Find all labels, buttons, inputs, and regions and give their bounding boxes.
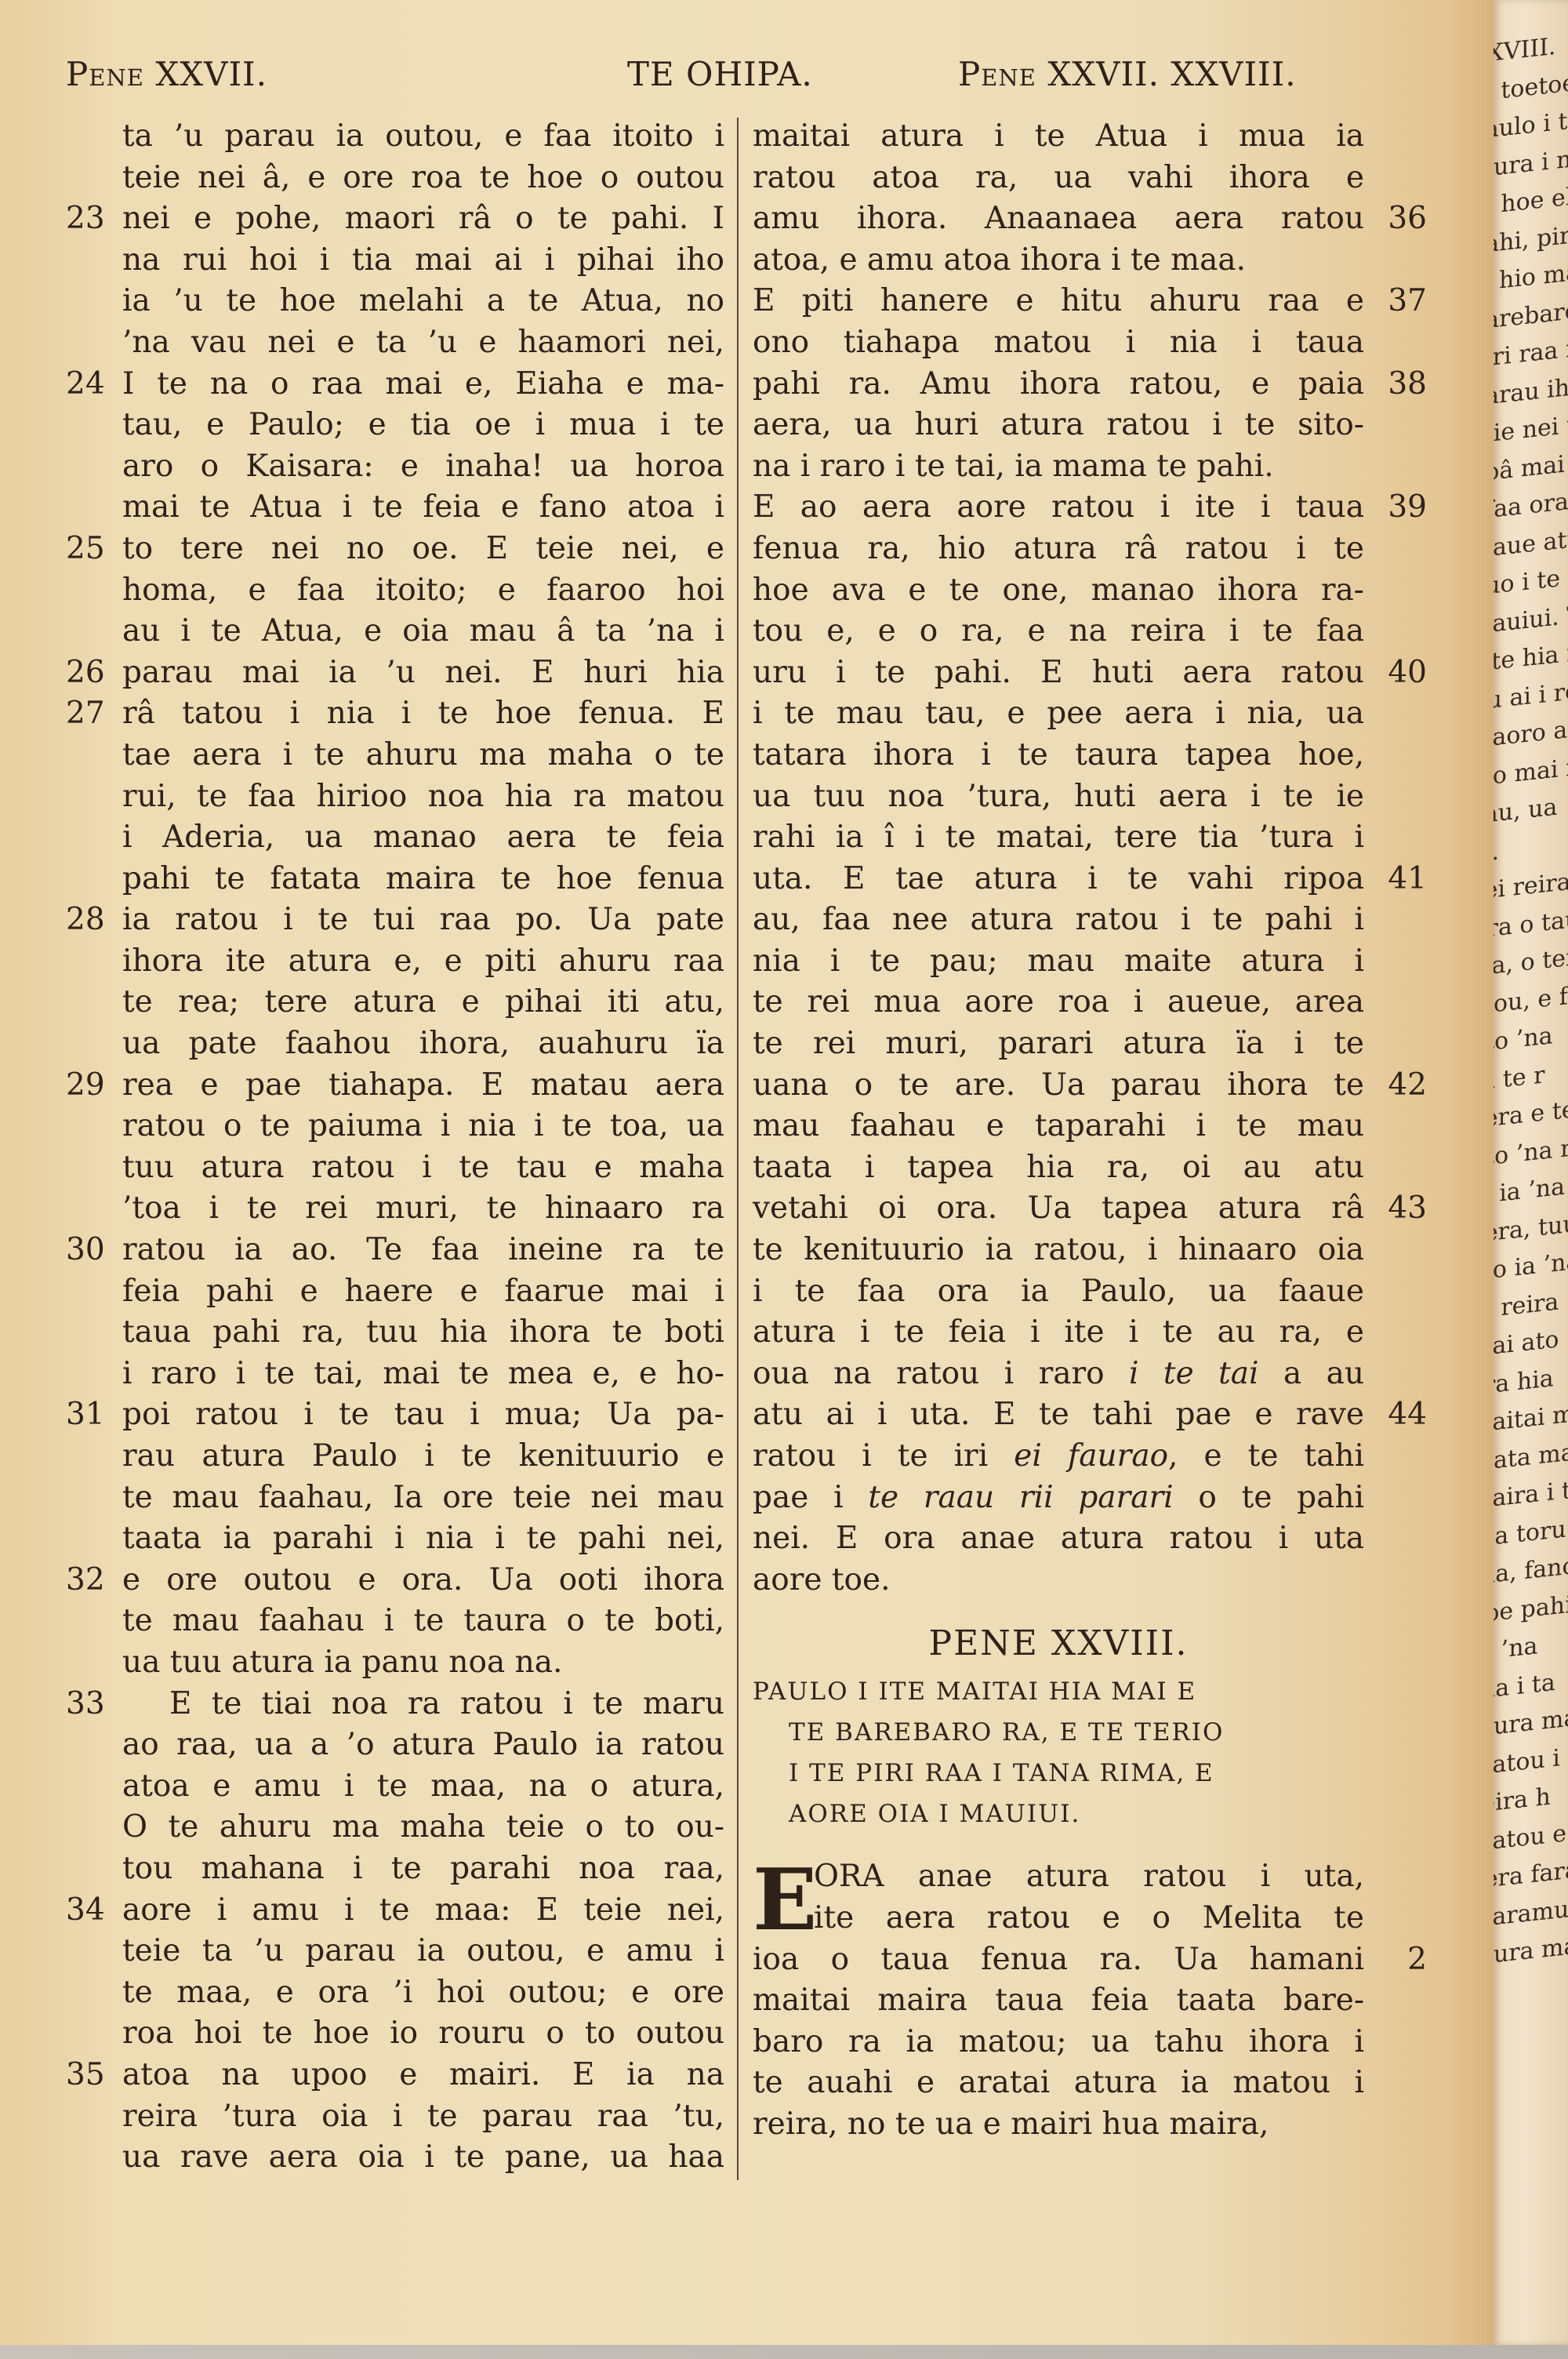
- verse-number: 42: [1388, 1065, 1427, 1107]
- line-text-run: au, faa nee atura ratou i te pahi i: [753, 902, 1364, 937]
- facing-page-edge: XXVIII.te toetoe.Paulo i te hoatura i ni…: [1494, 0, 1568, 2345]
- text-line: uru i te pahi. E huti aera ratou40: [753, 652, 1411, 694]
- summary-line: I TE PIRI RAA I TANA RIMA, E: [753, 1753, 1364, 1794]
- verse-number: 44: [1388, 1394, 1427, 1436]
- table-surface: [0, 2345, 1568, 2359]
- line-text-run: rea e pae tiahapa. E matau aera: [122, 1067, 724, 1103]
- text-line: te rei mua aore roa i aueue, area: [753, 982, 1411, 1023]
- line-text-run: na rui hoi i tia mai ai i pihai iho: [122, 242, 724, 278]
- line-text-run: tuu atura ratou i te tau e maha: [122, 1150, 724, 1185]
- text-line: roa hoi te hoe io rouru o to outou: [66, 2013, 724, 2055]
- line-text-run: ’na vau nei e ta ’u e haamori nei,: [122, 325, 724, 360]
- line-text-run: i te mau tau, e pee aera i nia, ua: [753, 696, 1364, 731]
- text-line: na i raro i te tai, ia mama te pahi.: [753, 446, 1411, 488]
- line-text-run: ao raa, ua a ’o atura Paulo ia ratou: [122, 1727, 724, 1762]
- line-text-run: ORA anae atura ratou i uta,: [814, 1859, 1364, 1894]
- line-text: teie nei â, e ore roa te hoe o outou: [122, 158, 724, 199]
- line-text-run: te maa, e ora ’i hoi outou; e ore: [122, 1975, 724, 2010]
- line-text: atu ai i uta. E te tahi pae e rave: [753, 1394, 1364, 1436]
- verse-number: 40: [1388, 652, 1427, 694]
- line-text: aro o Kaisara: e inaha! ua horoa: [122, 446, 724, 488]
- line-text: homa, e faa itoito; e faaroo hoi: [122, 570, 724, 612]
- verse-number: 23: [66, 198, 114, 240]
- line-text: te kenituurio ia ratou, i hinaaro oia: [753, 1230, 1364, 1271]
- line-text: ia ratou i te tui raa po. Ua pate: [122, 900, 724, 941]
- line-text-run: reira, no te ua e mairi hua maira,: [753, 2106, 1269, 2142]
- line-text-run: amu ihora. Anaanaea aera ratou: [753, 201, 1364, 236]
- line-text-run: O te ahuru ma maha teie o to ou-: [122, 1809, 724, 1845]
- line-text: parau mai ia ’u nei. E huri hia: [122, 652, 724, 694]
- line-text-run: feia pahi e haere e faarue mai i: [122, 1274, 724, 1309]
- text-line: tau, e Paulo; e tia oe i mua i te: [66, 405, 724, 446]
- text-line: 29rea e pae tiahapa. E matau aera: [66, 1065, 724, 1107]
- line-text: te maa, e ora ’i hoi outou; e ore: [122, 1972, 724, 2014]
- line-text: te mau faahau i te taura o te boti,: [122, 1601, 724, 1642]
- text-line: ono tiahapa matou i nia i taua: [753, 322, 1411, 364]
- line-text-run: i Aderia, ua manao aera te feia: [122, 820, 724, 855]
- text-line: tou e, e o ra, e na reira i te faa: [753, 611, 1411, 652]
- verse-number: 39: [1388, 487, 1427, 529]
- text-line: na rui hoi i tia mai ai i pihai iho: [66, 240, 724, 282]
- text-line: i raro i te tai, mai te mea e, e ho-: [66, 1354, 724, 1395]
- verse-number: 41: [1388, 859, 1427, 900]
- book-page: Pene XXVII. TE OHIPA. Pene XXVII. XXVIII…: [0, 0, 1494, 2345]
- line-text: maitai maira taua feia taata bare-: [753, 1980, 1364, 2022]
- line-text-run: te rea; tere atura e pihai iti atu,: [122, 984, 724, 1020]
- line-text-run: reira ’tura oia i te parau raa ’tu,: [122, 2099, 724, 2134]
- line-text: i te faa ora ia Paulo, ua faaue: [753, 1271, 1364, 1313]
- line-text-run: tou e, e o ra, e na reira i te faa: [753, 613, 1364, 649]
- line-text-run: te auahi e aratai atura ia matou i: [753, 2065, 1364, 2100]
- line-text-run: ratou ia ao. Te faa ineine ra te: [122, 1232, 724, 1267]
- line-text-run: taua pahi ra, tuu hia ihora te boti: [122, 1314, 724, 1350]
- line-text: ihora ite atura e, e piti ahuru raa: [122, 941, 724, 983]
- line-text-run: ratou i te iri: [753, 1438, 1014, 1474]
- text-line: te mau faahau, Ia ore teie nei mau: [66, 1478, 724, 1519]
- text-line: atura i te feia i ite i te au ra, e: [753, 1312, 1411, 1354]
- verse-number: 29: [66, 1065, 114, 1107]
- line-text-run: ia ratou i te tui raa po. Ua pate: [122, 902, 724, 937]
- line-text: fenua ra, hio atura râ ratou i te: [753, 529, 1364, 570]
- line-text: mau faahau e taparahi i te mau: [753, 1106, 1364, 1147]
- text-line: ’toa i te rei muri, te hinaaro ra: [66, 1188, 724, 1230]
- line-text-run: i te faa ora ia Paulo, ua faaue: [753, 1274, 1364, 1309]
- line-text-run: ia ’u te hoe melahi a te Atua, no: [122, 283, 724, 318]
- verse-number: 25: [66, 529, 114, 570]
- line-text: nei. E ora anae atura ratou i uta: [753, 1518, 1364, 1560]
- line-text-run: tau, e Paulo; e tia oe i mua i te: [122, 407, 724, 442]
- line-text: uru i te pahi. E huti aera ratou: [753, 652, 1364, 694]
- line-text: ao raa, ua a ’o atura Paulo ia ratou: [122, 1725, 724, 1766]
- line-text-run: poi ratou i te tau i mua; Ua pa-: [122, 1397, 724, 1432]
- line-text-run: nei. E ora anae atura ratou i uta: [753, 1521, 1364, 1556]
- text-line: i te mau tau, e pee aera i nia, ua: [753, 693, 1411, 735]
- line-text: roa hoi te hoe io rouru o to outou: [122, 2013, 724, 2055]
- line-text-run: oua na ratou i raro: [753, 1356, 1105, 1391]
- line-text-run: rui, te faa hirioo noa hia ra matou: [122, 779, 724, 814]
- line-text: ua pate faahou ihora, auahuru ïa: [122, 1023, 724, 1065]
- line-text: tae aera i te ahuru ma maha o te: [122, 735, 724, 776]
- column-divider: [737, 118, 739, 2180]
- text-line: pae i te raau rii parari o te pahi: [753, 1478, 1411, 1519]
- text-line: 26parau mai ia ’u nei. E huri hia: [66, 652, 724, 694]
- line-text: te rea; tere atura e pihai iti atu,: [122, 982, 724, 1023]
- line-text-run: homa, e faa itoito; e faaroo hoi: [122, 572, 724, 608]
- text-line: uana o te are. Ua parau ihora te42: [753, 1065, 1411, 1107]
- line-text: reira, no te ua e mairi hua maira,: [753, 2104, 1364, 2146]
- line-text: aera, ua huri atura ratou i te sito-: [753, 405, 1364, 446]
- line-text-run: ua tuu atura ia panu noa na.: [122, 1645, 562, 1680]
- line-text-run: atoa na upoo e mairi. E ia na: [122, 2057, 724, 2092]
- italic-text: ei faurao: [1014, 1438, 1168, 1474]
- line-text-run: te rei muri, parari atura ïa i te: [753, 1026, 1364, 1061]
- text-line: E piti hanere e hitu ahuru raa e37: [753, 281, 1411, 322]
- line-text: hoe ava e te one, manao ihora ra-: [753, 570, 1364, 612]
- text-line: nia i te pau; mau maite atura i: [753, 941, 1411, 983]
- line-text: poi ratou i te tau i mua; Ua pa-: [122, 1394, 724, 1436]
- line-text: pae i te raau rii parari o te pahi: [753, 1478, 1364, 1519]
- line-text-run: E te tiai noa ra ratou i te maru: [169, 1686, 724, 1721]
- text-line: ite aera ratou e o Melita te: [753, 1898, 1411, 1939]
- text-line: te kenituurio ia ratou, i hinaaro oia: [753, 1230, 1411, 1271]
- line-text-run: mai te Atua i te feia e fano atoa i: [122, 489, 724, 525]
- line-text-run: E piti hanere e hitu ahuru raa e: [753, 283, 1364, 318]
- line-text: te rei mua aore roa i aueue, area: [753, 982, 1364, 1023]
- text-line: amu ihora. Anaanaea aera ratou36: [753, 198, 1411, 240]
- line-text-run: aera, ua huri atura ratou i te sito-: [753, 407, 1364, 442]
- text-line: taua pahi ra, tuu hia ihora te boti: [66, 1312, 724, 1354]
- line-text: i Aderia, ua manao aera te feia: [122, 817, 724, 859]
- verse-number: 33: [66, 1684, 114, 1725]
- verse-number: 24: [66, 364, 114, 405]
- line-text: aore toe.: [753, 1560, 1364, 1601]
- line-text: teie ta ’u parau ia outou, e amu i: [122, 1931, 724, 1972]
- text-line: oua na ratou i raro i te tai a au: [753, 1354, 1411, 1395]
- running-head-title: TE OHIPA.: [627, 55, 813, 93]
- line-text: râ tatou i nia i te hoe fenua. E: [122, 693, 724, 735]
- line-text: tou mahana i te parahi noa raa,: [122, 1848, 724, 1890]
- line-text-run: maitai maira taua feia taata bare-: [753, 1983, 1364, 2018]
- facing-page-line: atura matou: [1494, 1928, 1568, 1977]
- text-line: ta ’u parau ia outou, e faa itoito i: [66, 116, 724, 158]
- text-line: i te faa ora ia Paulo, ua faaue: [753, 1271, 1411, 1313]
- text-line: 23nei e pohe, maori râ o te pahi. I: [66, 198, 724, 240]
- text-line: pahi te fatata maira te hoe fenua: [66, 859, 724, 900]
- summary-line: AORE OIA I MAUIUI.: [753, 1794, 1364, 1834]
- line-text: atoa, e amu atoa ihora i te maa.: [753, 240, 1364, 282]
- line-text-run: atura i te feia i ite i te au ra, e: [753, 1314, 1364, 1350]
- text-line: ihora ite atura e, e piti ahuru raa: [66, 941, 724, 983]
- line-text-run: rau atura Paulo i te kenituurio e: [122, 1438, 724, 1474]
- line-text: amu ihora. Anaanaea aera ratou: [753, 198, 1364, 240]
- line-text: rea e pae tiahapa. E matau aera: [122, 1065, 724, 1107]
- verse-number: 35: [66, 2055, 114, 2096]
- line-text: vetahi oi ora. Ua tapea atura râ: [753, 1188, 1364, 1230]
- line-text: E te tiai noa ra ratou i te maru: [122, 1684, 724, 1725]
- text-line: fenua ra, hio atura râ ratou i te: [753, 529, 1411, 570]
- line-text: taata i tapea hia ra, oi au atu: [753, 1147, 1364, 1189]
- line-text: i te mau tau, e pee aera i nia, ua: [753, 693, 1364, 735]
- verse-number: 36: [1388, 198, 1427, 240]
- line-text-run: hoe ava e te one, manao ihora ra-: [753, 572, 1364, 608]
- line-text-run: atoa, e amu atoa ihora i te maa.: [753, 242, 1246, 278]
- line-text-run: uru i te pahi. E huti aera ratou: [753, 655, 1364, 690]
- line-text-run: nia i te pau; mau maite atura i: [753, 943, 1364, 979]
- text-line: ’na vau nei e ta ’u e haamori nei,: [66, 322, 724, 364]
- line-text: atoa na upoo e mairi. E ia na: [122, 2055, 724, 2096]
- line-text-run: roa hoi te hoe io rouru o to outou: [122, 2016, 724, 2051]
- running-head-right: Pene XXVII. XXVIII.: [958, 55, 1297, 93]
- line-text: te rei muri, parari atura ïa i te: [753, 1023, 1364, 1065]
- line-text-run: rahi ia î i te matai, tere tia ’tura i: [753, 820, 1364, 855]
- line-text-run: aro o Kaisara: e inaha! ua horoa: [122, 449, 724, 484]
- line-text-run: ioa o taua fenua ra. Ua hamani: [753, 1942, 1364, 1977]
- line-text: ite aera ratou e o Melita te: [814, 1898, 1364, 1939]
- text-line: aore toe.: [753, 1560, 1411, 1601]
- line-text: atura i te feia i ite i te au ra, e: [753, 1312, 1364, 1354]
- verse-number: 37: [1388, 281, 1427, 322]
- text-line: ratou atoa ra, ua vahi ihora e: [753, 158, 1411, 199]
- line-text: feia pahi e haere e faarue mai i: [122, 1271, 724, 1313]
- text-line: te rei muri, parari atura ïa i te: [753, 1023, 1411, 1065]
- line-text: ta ’u parau ia outou, e faa itoito i: [122, 116, 724, 158]
- line-text-run: pae i: [753, 1480, 868, 1515]
- line-text-run: maitai atura i te Atua i mua ia: [753, 118, 1364, 154]
- line-text: ua rave aera oia i te pane, ua haa: [122, 2137, 724, 2179]
- text-line: tou mahana i te parahi noa raa,: [66, 1848, 724, 1890]
- line-text-run: teie nei â, e ore roa te hoe o outou: [122, 160, 724, 195]
- text-line: 24I te na o raa mai e, Eiaha e ma-: [66, 364, 724, 405]
- text-line: ioa o taua fenua ra. Ua hamani2: [753, 1939, 1411, 1981]
- text-line: teie nei â, e ore roa te hoe o outou: [66, 158, 724, 199]
- running-head: Pene XXVII. TE OHIPA. Pene XXVII. XXVIII…: [66, 55, 1414, 102]
- line-text-run: pahi ra. Amu ihora ratou, e paia: [753, 366, 1364, 402]
- chapter-summary: PAULO I ITE MAITAI HIA MAI ETE BAREBARO …: [753, 1671, 1411, 1834]
- line-text: e ore outou e ora. Ua ooti ihora: [122, 1560, 724, 1601]
- right-column: maitai atura i te Atua i mua iaratou ato…: [753, 116, 1411, 2146]
- line-text-run: te rei mua aore roa i aueue, area: [753, 984, 1364, 1020]
- text-line: 32e ore outou e ora. Ua ooti ihora: [66, 1560, 724, 1601]
- line-text-run: tatara ihora i te taura tapea hoe,: [753, 737, 1364, 772]
- line-text: ua tuu atura ia panu noa na.: [122, 1642, 724, 1684]
- line-text: pahi te fatata maira te hoe fenua: [122, 859, 724, 900]
- text-line: atu ai i uta. E te tahi pae e rave44: [753, 1394, 1411, 1436]
- verse-number: 38: [1388, 364, 1427, 405]
- text-line: i Aderia, ua manao aera te feia: [66, 817, 724, 859]
- text-line: vetahi oi ora. Ua tapea atura râ43: [753, 1188, 1411, 1230]
- line-text: ono tiahapa matou i nia i taua: [753, 322, 1364, 364]
- text-line: 25to tere nei no oe. E teie nei, e: [66, 529, 724, 570]
- text-line: baro ra ia matou; ua tahu ihora i: [753, 2022, 1411, 2063]
- line-text: i raro i te tai, mai te mea e, e ho-: [122, 1354, 724, 1395]
- line-text-run: ua pate faahou ihora, auahuru ïa: [122, 1026, 724, 1061]
- text-line: pahi ra. Amu ihora ratou, e paia38: [753, 364, 1411, 405]
- line-text-run: e ore outou e ora. Ua ooti ihora: [122, 1562, 724, 1598]
- line-text: to tere nei no oe. E teie nei, e: [122, 529, 724, 570]
- text-line: tatara ihora i te taura tapea hoe,: [753, 735, 1411, 776]
- text-line: ua rave aera oia i te pane, ua haa: [66, 2137, 724, 2179]
- line-text-run: uana o te are. Ua parau ihora te: [753, 1067, 1364, 1103]
- line-text-run: aore i amu i te maa: E teie nei,: [122, 1892, 724, 1928]
- line-text: E piti hanere e hitu ahuru raa e: [753, 281, 1364, 322]
- text-line: maitai atura i te Atua i mua ia: [753, 116, 1411, 158]
- text-line: atoa, e amu atoa ihora i te maa.: [753, 240, 1411, 282]
- line-text: taua pahi ra, tuu hia ihora te boti: [122, 1312, 724, 1354]
- line-text: na i raro i te tai, ia mama te pahi.: [753, 446, 1364, 488]
- left-column: ta ’u parau ia outou, e faa itoito iteie…: [66, 116, 724, 2179]
- line-text-run: ua rave aera oia i te pane, ua haa: [122, 2139, 724, 2175]
- text-line: ia ’u te hoe melahi a te Atua, no: [66, 281, 724, 322]
- text-line: te maa, e ora ’i hoi outou; e ore: [66, 1972, 724, 2014]
- line-text-run: tae aera i te ahuru ma maha o te: [122, 737, 724, 772]
- text-line: mau faahau e taparahi i te mau: [753, 1106, 1411, 1147]
- text-line: atoa e amu i te maa, na o atura,: [66, 1766, 724, 1808]
- line-text: mai te Atua i te feia e fano atoa i: [122, 487, 724, 529]
- line-text: taata ia parahi i nia i te pahi nei,: [122, 1518, 724, 1560]
- line-text: pahi ra. Amu ihora ratou, e paia: [753, 364, 1364, 405]
- line-text-run: atoa e amu i te maa, na o atura,: [122, 1768, 724, 1804]
- text-line: te auahi e aratai atura ia matou i: [753, 2063, 1411, 2104]
- text-line: uta. E tae atura i te vahi ripoa41: [753, 859, 1411, 900]
- line-text: maitai atura i te Atua i mua ia: [753, 116, 1364, 158]
- verse-number: 31: [66, 1394, 114, 1436]
- line-text: I te na o raa mai e, Eiaha e ma-: [122, 364, 724, 405]
- summary-line: TE BAREBARO RA, E TE TERIO: [753, 1712, 1364, 1753]
- text-line: ratou o te paiuma i nia i te toa, ua: [66, 1106, 724, 1147]
- text-line: ratou i te iri ei faurao, e te tahi: [753, 1436, 1411, 1478]
- line-text: baro ra ia matou; ua tahu ihora i: [753, 2022, 1364, 2063]
- line-text: aore i amu i te maa: E teie nei,: [122, 1890, 724, 1932]
- text-line: nei. E ora anae atura ratou i uta: [753, 1518, 1411, 1560]
- text-line: E ao aera aore ratou i ite i taua39: [753, 487, 1411, 529]
- verse-number: 2: [1407, 1939, 1427, 1981]
- line-text-run: pahi te fatata maira te hoe fenua: [122, 861, 724, 896]
- line-text: E ao aera aore ratou i ite i taua: [753, 487, 1364, 529]
- line-text-run: E ao aera aore ratou i ite i taua: [753, 489, 1364, 525]
- line-text: reira ’tura oia i te parau raa ’tu,: [122, 2096, 724, 2138]
- text-line: aro o Kaisara: e inaha! ua horoa: [66, 446, 724, 488]
- line-text: tau, e Paulo; e tia oe i mua i te: [122, 405, 724, 446]
- line-text-tail: o te pahi: [1174, 1480, 1364, 1515]
- text-line: homa, e faa itoito; e faaroo hoi: [66, 570, 724, 612]
- text-line: ua tuu noa ’tura, huti aera i te ie: [753, 776, 1411, 818]
- line-text-run: atu ai i uta. E te tahi pae e rave: [753, 1397, 1364, 1432]
- line-text-run: I te na o raa mai e, Eiaha e ma-: [122, 366, 724, 402]
- text-line: feia pahi e haere e faarue mai i: [66, 1271, 724, 1313]
- line-text: uana o te are. Ua parau ihora te: [753, 1065, 1364, 1107]
- line-text: O te ahuru ma maha teie o to ou-: [122, 1807, 724, 1848]
- verse-number: 43: [1388, 1188, 1427, 1230]
- text-line: O te ahuru ma maha teie o to ou-: [66, 1807, 724, 1848]
- text-line: rahi ia î i te matai, tere tia ’tura i: [753, 817, 1411, 859]
- line-text-run: to tere nei no oe. E teie nei, e: [122, 531, 724, 566]
- line-text-run: ratou o te paiuma i nia i te toa, ua: [122, 1108, 724, 1143]
- text-line: tae aera i te ahuru ma maha o te: [66, 735, 724, 776]
- text-line: aera, ua huri atura ratou i te sito-: [753, 405, 1411, 446]
- line-text: ua tuu noa ’tura, huti aera i te ie: [753, 776, 1364, 818]
- line-text: na rui hoi i tia mai ai i pihai iho: [122, 240, 724, 282]
- line-text-run: ’toa i te rei muri, te hinaaro ra: [122, 1190, 724, 1226]
- verse-number: 27: [66, 693, 114, 735]
- text-line: au i te Atua, e oia mau â ta ’na i: [66, 611, 724, 652]
- line-text: atoa e amu i te maa, na o atura,: [122, 1766, 724, 1808]
- verse-number: 28: [66, 900, 114, 941]
- text-line: mai te Atua i te feia e fano atoa i: [66, 487, 724, 529]
- text-line: hoe ava e te one, manao ihora ra-: [753, 570, 1411, 612]
- line-text: tatara ihora i te taura tapea hoe,: [753, 735, 1364, 776]
- line-text: au, faa nee atura ratou i te pahi i: [753, 900, 1364, 941]
- line-text-run: vetahi oi ora. Ua tapea atura râ: [753, 1190, 1364, 1226]
- line-text-run: ono tiahapa matou i nia i taua: [753, 325, 1364, 360]
- chapter-28-body: E ORA anae atura ratou i uta,ite aera ra…: [753, 1856, 1411, 2145]
- line-text-run: nei e pohe, maori râ o te pahi. I: [122, 201, 724, 236]
- line-text: ratou o te paiuma i nia i te toa, ua: [122, 1106, 724, 1147]
- text-line: 28ia ratou i te tui raa po. Ua pate: [66, 900, 724, 941]
- line-text: ratou ia ao. Te faa ineine ra te: [122, 1230, 724, 1271]
- line-text: ratou atoa ra, ua vahi ihora e: [753, 158, 1364, 199]
- text-line: 27râ tatou i nia i te hoe fenua. E: [66, 693, 724, 735]
- chapter-27-continuation: maitai atura i te Atua i mua iaratou ato…: [753, 116, 1411, 1601]
- text-line: maitai maira taua feia taata bare-: [753, 1980, 1411, 2022]
- line-text-run: ite aera ratou e o Melita te: [814, 1900, 1364, 1936]
- line-text-run: te kenituurio ia ratou, i hinaaro oia: [753, 1232, 1364, 1267]
- line-text: rau atura Paulo i te kenituurio e: [122, 1436, 724, 1478]
- line-text-run: aore toe.: [753, 1562, 890, 1598]
- chapter-title: PENE XXVIII.: [753, 1601, 1411, 1671]
- text-line: te rea; tere atura e pihai iti atu,: [66, 982, 724, 1023]
- summary-line: PAULO I ITE MAITAI HIA MAI E: [753, 1671, 1364, 1712]
- text-line: 31poi ratou i te tau i mua; Ua pa-: [66, 1394, 724, 1436]
- text-line: reira, no te ua e mairi hua maira,: [753, 2104, 1411, 2146]
- text-line: rui, te faa hirioo noa hia ra matou: [66, 776, 724, 818]
- text-line: reira ’tura oia i te parau raa ’tu,: [66, 2096, 724, 2138]
- text-line: 35atoa na upoo e mairi. E ia na: [66, 2055, 724, 2096]
- text-line: ao raa, ua a ’o atura Paulo ia ratou: [66, 1725, 724, 1766]
- text-line: 30ratou ia ao. Te faa ineine ra te: [66, 1230, 724, 1271]
- verse-number: 30: [66, 1230, 114, 1271]
- line-text: ioa o taua fenua ra. Ua hamani: [753, 1939, 1364, 1981]
- line-text-run: baro ra ia matou; ua tahu ihora i: [753, 2024, 1364, 2059]
- text-line: rau atura Paulo i te kenituurio e: [66, 1436, 724, 1478]
- line-text: ’na vau nei e ta ’u e haamori nei,: [122, 322, 724, 364]
- line-text: nia i te pau; mau maite atura i: [753, 941, 1364, 983]
- line-text-run: i raro i te tai, mai te mea e, e ho-: [122, 1356, 724, 1391]
- line-text-run: mau faahau e taparahi i te mau: [753, 1108, 1364, 1143]
- text-line: teie ta ’u parau ia outou, e amu i: [66, 1931, 724, 1972]
- verse-number: 34: [66, 1890, 114, 1932]
- line-text-run: ua tuu noa ’tura, huti aera i te ie: [753, 779, 1364, 814]
- running-head-left: Pene XXVII.: [66, 55, 267, 93]
- line-text: oua na ratou i raro i te tai a au: [753, 1354, 1364, 1395]
- line-text: ia ’u te hoe melahi a te Atua, no: [122, 281, 724, 322]
- line-text: tou e, e o ra, e na reira i te faa: [753, 611, 1364, 652]
- line-text-run: ihora ite atura e, e piti ahuru raa: [122, 943, 724, 979]
- line-text-run: au i te Atua, e oia mau â ta ’na i: [122, 613, 724, 649]
- line-text-run: fenua ra, hio atura râ ratou i te: [753, 531, 1364, 566]
- line-text-run: ta ’u parau ia outou, e faa itoito i: [122, 118, 724, 154]
- line-text-tail: a au: [1259, 1356, 1364, 1391]
- verse-number: 26: [66, 652, 114, 694]
- line-text-run: râ tatou i nia i te hoe fenua. E: [122, 696, 724, 731]
- line-text-run: na i raro i te tai, ia mama te pahi.: [753, 449, 1274, 484]
- text-line: tuu atura ratou i te tau e maha: [66, 1147, 724, 1189]
- text-line: 33E te tiai noa ra ratou i te maru: [66, 1684, 724, 1725]
- text-line: taata ia parahi i nia i te pahi nei,: [66, 1518, 724, 1560]
- line-text: tuu atura ratou i te tau e maha: [122, 1147, 724, 1189]
- line-text-run: taata i tapea hia ra, oi au atu: [753, 1150, 1364, 1185]
- line-text: te auahi e aratai atura ia matou i: [753, 2063, 1364, 2104]
- line-text-run: ratou atoa ra, ua vahi ihora e: [753, 160, 1364, 195]
